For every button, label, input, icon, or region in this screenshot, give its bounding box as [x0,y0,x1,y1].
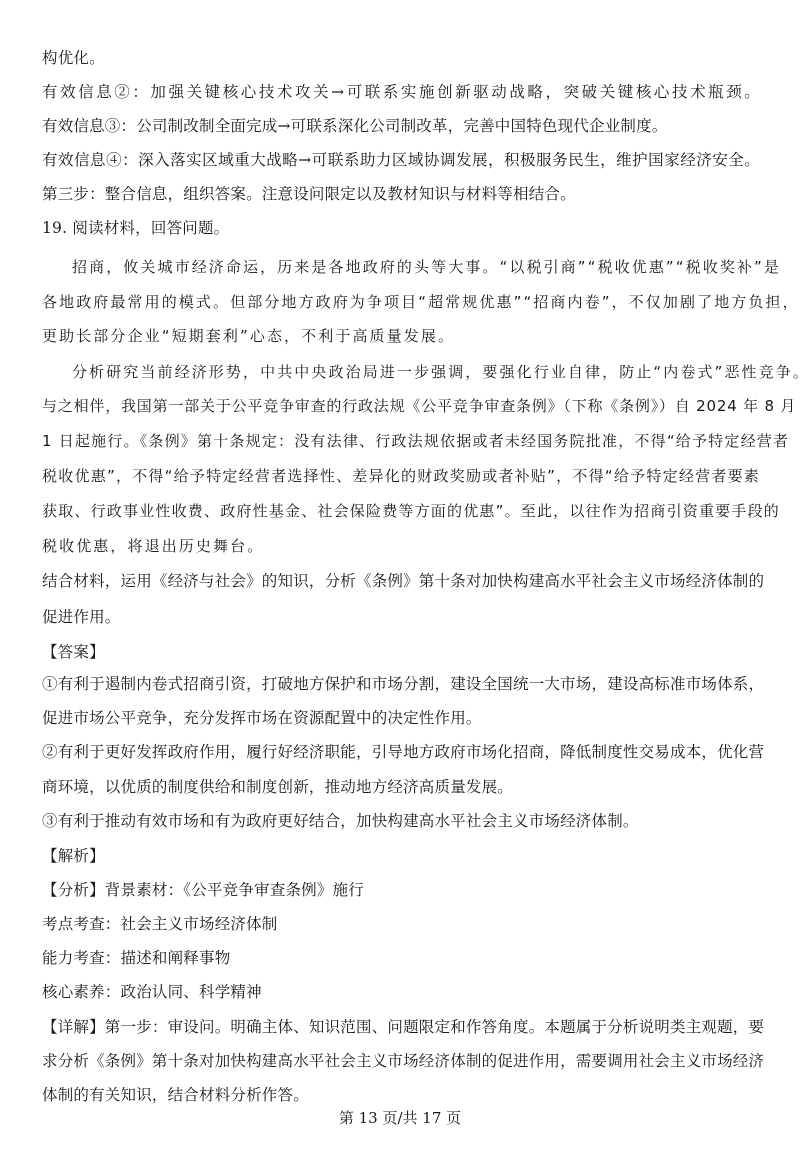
answer-line: ②有利于更好发挥政府作用，履行好经济职能，引导地方政府市场化招商，降低制度性交易… [42,742,760,762]
page-number: 第 13 页/共 17 页 [0,1107,800,1128]
step-three: 第三步：整合信息，组织答案。注意设问限定以及教材知识与材料等相结合。 [42,184,760,204]
effective-info-4: 有效信息④：深入落实区域重大战略→可联系助力区域协调发展，积极服务民生，维护国家… [42,150,760,170]
answer-line: ③有利于推动有效市场和有为政府更好结合，加快构建高水平社会主义市场经济体制。 [42,811,760,831]
material-line: 获取、行政事业性收费、政府性基金、社会保险费等方面的优惠”。至此，以往作为招商引… [42,501,760,521]
question-prompt: 促进作用。 [42,607,760,627]
material-line: 招商，攸关城市经济命运，历来是各地政府的头等大事。“以税引商”“税收优惠”“税收… [72,257,760,277]
analysis-heading: 【解析】 [42,846,760,866]
material-line: 税收优惠，将退出历史舞台。 [42,536,760,556]
answer-line: ①有利于遏制内卷式招商引资，打破地方保护和市场分割，建设全国统一大市场，建设高标… [42,674,760,694]
question-prompt: 结合材料，运用《经济与社会》的知识，分析《条例》第十条对加快构建高水平社会主义市… [42,571,760,591]
analysis-line: 能力考查：描述和阐释事物 [42,948,760,968]
material-line: 与之相伴，我国第一部关于公平竞争审查的行政法规《公平竞争审查条例》（下称《条例》… [42,396,760,416]
answer-line: 促进市场公平竞争，充分发挥市场在资源配置中的决定性作用。 [42,708,760,728]
answer-heading: 【答案】 [42,642,760,662]
analysis-line: 【分析】背景素材：《公平竞争审查条例》施行 [42,880,760,900]
analysis-line: 求分析《条例》第十条对加快构建高水平社会主义市场经济体制的促进作用，需要调用社会… [42,1051,760,1071]
material-line: 税收优惠”，不得“给予特定经营者选择性、差异化的财政奖励或者补贴”，不得“给予特… [42,466,760,486]
effective-info-3: 有效信息③：公司制改制全面完成→可联系深化公司制改革，完善中国特色现代企业制度。 [42,116,652,136]
analysis-line: 核心素养：政治认同、科学精神 [42,982,760,1002]
analysis-line: 体制的有关知识，结合材料分析作答。 [42,1085,760,1105]
question-title: 19. 阅读材料，回答问题。 [42,218,760,238]
analysis-line: 考点考查：社会主义市场经济体制 [42,914,760,934]
material-line: 各地政府最常用的模式。但部分地方政府为争项目“超常规优惠”“招商内卷”，不仅加剧… [42,292,760,312]
material-line: 1 日起施行。《条例》第十条规定：没有法律、行政法规依据或者未经国务院批准，不得… [42,431,760,451]
text-line: 构优化。 [42,48,760,68]
material-line: 更助长部分企业“短期套利”心态，不利于高质量发展。 [42,326,760,346]
material-line: 分析研究当前经济形势，中共中央政治局进一步强调，要强化行业自律，防止“内卷式”恶… [72,362,760,382]
effective-info-2: 有效信息②：加强关键核心技术攻关→可联系实施创新驱动战略，突破关键核心技术瓶颈。 [42,82,760,102]
answer-line: 商环境，以优质的制度供给和制度创新，推动地方经济高质量发展。 [42,777,760,797]
analysis-line: 【详解】第一步：审设问。明确主体、知识范围、问题限定和作答角度。本题属于分析说明… [42,1017,760,1037]
